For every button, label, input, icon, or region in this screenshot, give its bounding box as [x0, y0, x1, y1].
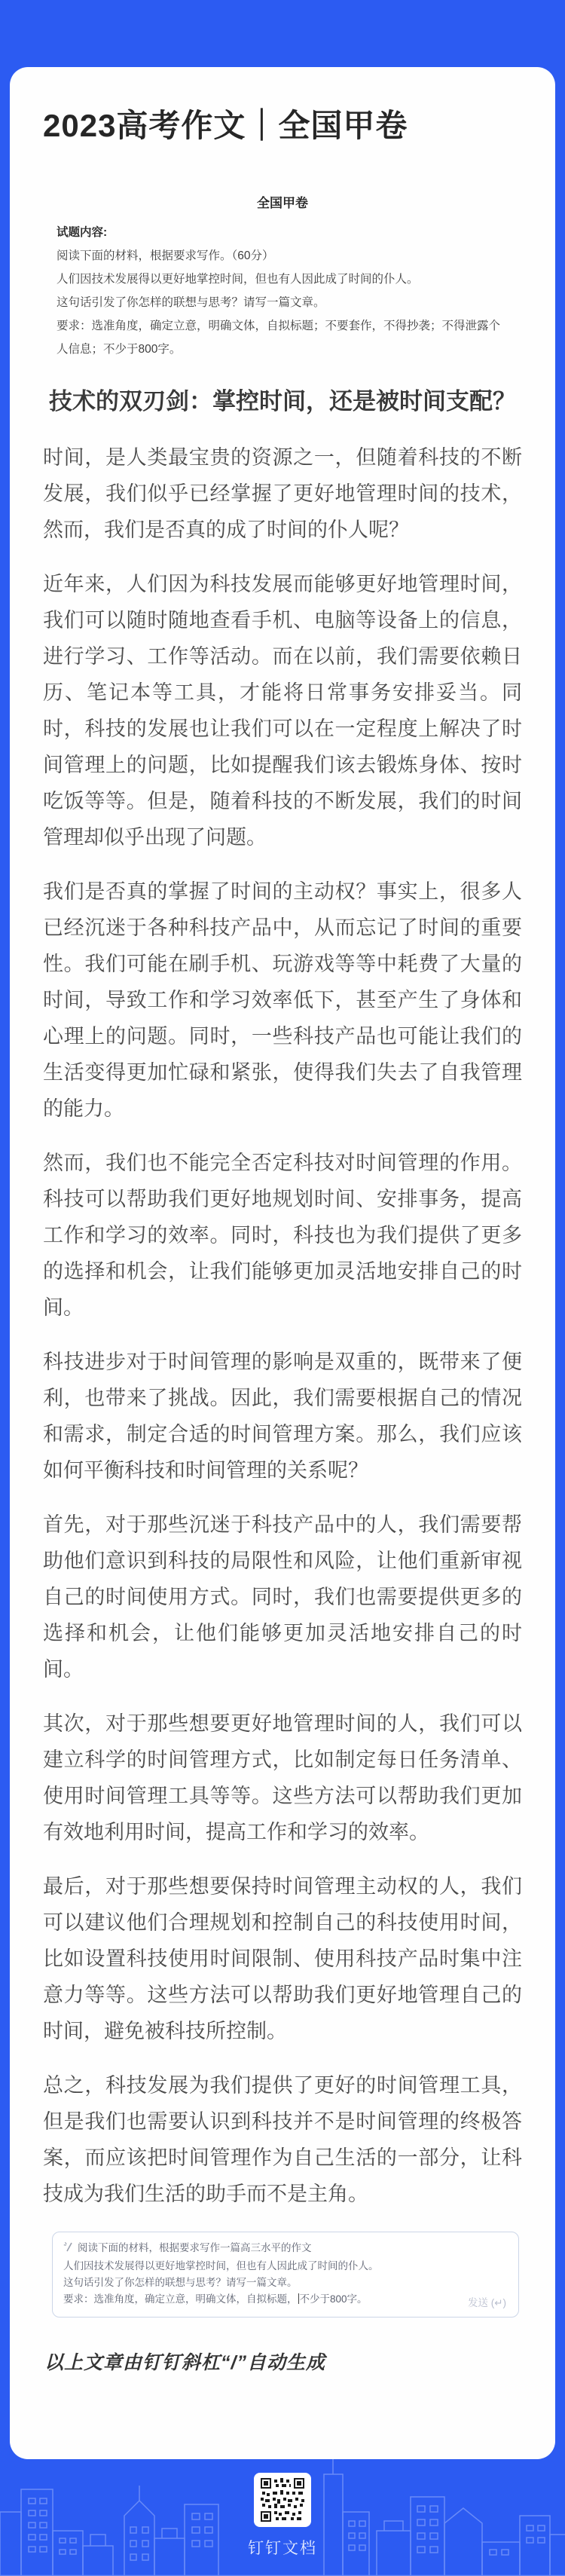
qr-code	[254, 2473, 311, 2527]
text-cursor	[298, 2293, 299, 2304]
ai-prompt-line-text: 不少于800字。	[300, 2293, 368, 2305]
essay-paragraph: 总之，科技发展为我们提供了更好的时间管理工具，但是我们也需要认识到科技并不是时间…	[43, 2067, 522, 2212]
essay-paragraph: 时间，是人类最宝贵的资源之一，但随着科技的不断发展，我们似乎已经掌握了更好地管理…	[43, 439, 522, 548]
exam-line: 人们因技术发展得以更好地掌控时间，但也有人因此成了时间的仆人。	[56, 268, 508, 291]
footer: 钉钉文档	[0, 2459, 565, 2576]
slash-ai-icon	[63, 2241, 73, 2258]
exam-content-label: 试题内容:	[56, 221, 508, 244]
ai-prompt-line: 阅读下面的材料，根据要求写作一篇高三水平的作文	[63, 2240, 508, 2258]
exam-line: 阅读下面的材料，根据要求写作。（60分）	[56, 244, 508, 268]
essay-paragraph: 最后，对于那些想要保持时间管理主动权的人，我们可以建议他们合理规划和控制自己的科…	[43, 1868, 522, 2049]
ai-prompt-input-box[interactable]: 阅读下面的材料，根据要求写作一篇高三水平的作文 人们因技术发展得以更好地掌控时间…	[52, 2232, 519, 2317]
ai-prompt-line: 要求：选准角度，确定立意，明确文体，自拟标题，不少于800字。	[63, 2291, 508, 2308]
exam-line: 这句话引发了你怎样的联想与思考？请写一篇文章。	[56, 291, 508, 314]
exam-paper-heading: 全国甲卷	[56, 194, 508, 213]
essay-title: 技术的双刃剑：掌控时间，还是被时间支配？	[43, 387, 522, 417]
ai-prompt-line: 人们因技术发展得以更好地掌控时间，但也有人因此成了时间的仆人。	[63, 2258, 508, 2275]
essay-paragraph: 近年来，人们因为科技发展而能够更好地管理时间，我们可以随时随地查看手机、电脑等设…	[43, 566, 522, 855]
essay-paragraph: 其次，对于那些想要更好地管理时间的人，我们可以建立科学的时间管理方式，比如制定每…	[43, 1706, 522, 1850]
ai-prompt-line-text: 要求：选准角度，确定立意，明确文体，自拟标题，	[63, 2293, 298, 2305]
ai-prompt-line-text: 阅读下面的材料，根据要求写作一篇高三水平的作文	[78, 2242, 312, 2253]
send-button[interactable]: 发送 (↵)	[468, 2294, 506, 2309]
essay-paragraph: 然而，我们也不能完全否定科技对时间管理的作用。科技可以帮助我们更好地规划时间、安…	[43, 1145, 522, 1326]
document-card: 2023高考作文｜全国甲卷 全国甲卷 试题内容: 阅读下面的材料，根据要求写作。…	[10, 67, 555, 2459]
exam-prompt-section: 全国甲卷 试题内容: 阅读下面的材料，根据要求写作。（60分） 人们因技术发展得…	[43, 194, 522, 361]
essay-paragraph: 科技进步对于时间管理的影响是双重的，既带来了便利，也带来了挑战。因此，我们需要根…	[43, 1344, 522, 1488]
page-title: 2023高考作文｜全国甲卷	[43, 109, 522, 142]
essay-paragraph: 我们是否真的掌握了时间的主动权？事实上，很多人已经沉迷于各种科技产品中，从而忘记…	[43, 873, 522, 1127]
generated-by-signature: 以上文章由钉钉斜杠“/”自动生成	[44, 2348, 522, 2375]
exam-line: 要求：选准角度，确定立意，明确文体，自拟标题；不要套作，不得抄袭；不得泄露个人信…	[56, 314, 508, 361]
ai-prompt-line: 这句话引发了你怎样的联想与思考？请写一篇文章。	[63, 2275, 508, 2291]
essay-paragraph: 首先，对于那些沉迷于科技产品中的人，我们需要帮助他们意识到科技的局限性和风险，让…	[43, 1507, 522, 1687]
essay-body: 技术的双刃剑：掌控时间，还是被时间支配？ 时间，是人类最宝贵的资源之一，但随着科…	[43, 387, 522, 2212]
footer-brand-label: 钉钉文档	[0, 2536, 565, 2559]
